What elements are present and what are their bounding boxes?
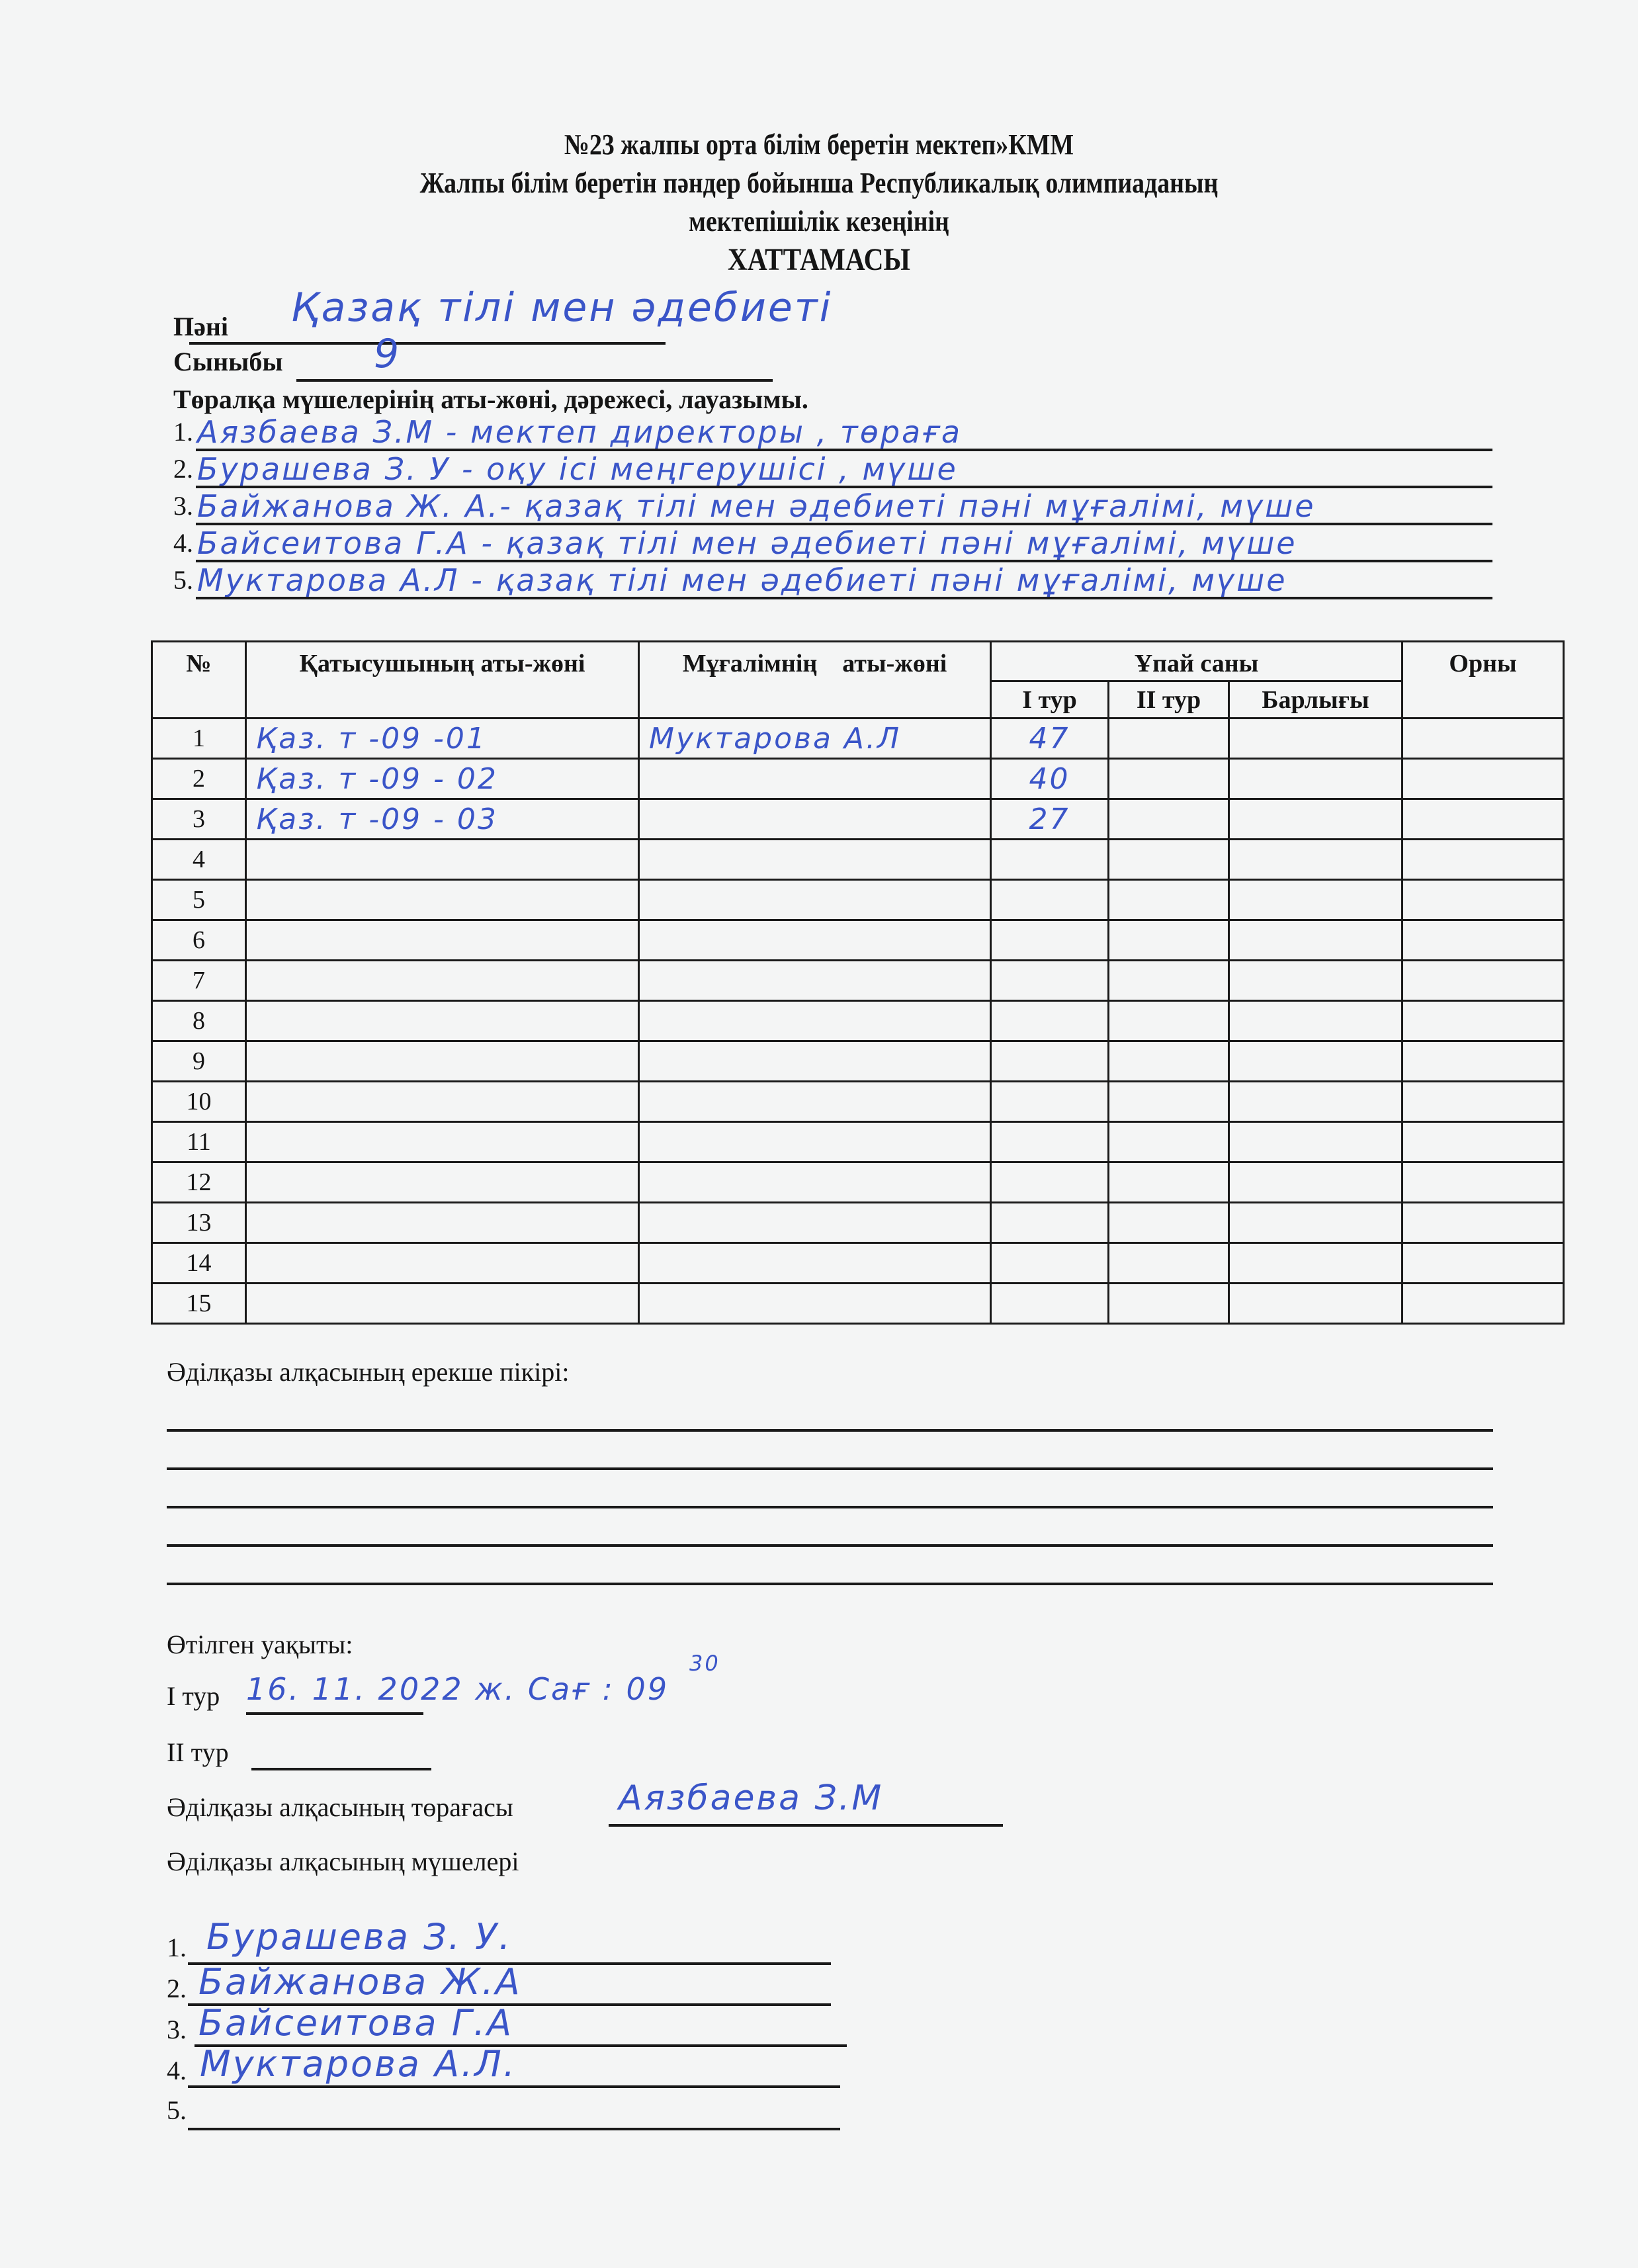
participant-cell[interactable] bbox=[246, 880, 639, 920]
jury-member-value[interactable]: Байсеитова Г.А bbox=[198, 2002, 513, 2044]
table-row: 13 bbox=[152, 1203, 1564, 1243]
total-score-cell[interactable] bbox=[1229, 1284, 1402, 1324]
header-place: Орны bbox=[1402, 642, 1564, 719]
table-row: 2Қаз. т -09 - 0240 bbox=[152, 759, 1564, 799]
committee-member-row: 2. Бурашева З. У - оқу ісі меңгерушісі ,… bbox=[173, 451, 1496, 488]
row-number: 9 bbox=[152, 1041, 246, 1082]
table-row: 5 bbox=[152, 880, 1564, 920]
round2-score-cell[interactable] bbox=[1109, 920, 1229, 961]
participant-cell[interactable] bbox=[246, 1284, 639, 1324]
committee-member-row: 4. Байсеитова Г.А - қазақ тілі мен әдеби… bbox=[173, 525, 1496, 562]
grade-value[interactable]: 9 bbox=[374, 331, 401, 377]
row-number: 4 bbox=[152, 840, 246, 880]
total-score-cell[interactable] bbox=[1229, 840, 1402, 880]
jury-member-value[interactable]: Муктарова А.Л. bbox=[200, 2043, 517, 2085]
table-row: 15 bbox=[152, 1284, 1564, 1324]
participant-cell[interactable] bbox=[246, 1122, 639, 1162]
total-score-cell[interactable] bbox=[1229, 759, 1402, 799]
total-score-cell[interactable] bbox=[1229, 920, 1402, 961]
round2-score-cell[interactable] bbox=[1109, 759, 1229, 799]
timing-label: Өтілген уақыты: bbox=[167, 1629, 353, 1660]
committee-member-value[interactable]: Аязбаева З.М - мектеп директоры , төраға bbox=[197, 414, 962, 450]
round1-score-cell[interactable]: 40 bbox=[991, 759, 1109, 799]
jury-member-number: 4. bbox=[167, 2055, 187, 2086]
total-score-cell[interactable] bbox=[1229, 1001, 1402, 1041]
committee-member-row: 1. Аязбаева З.М - мектеп директоры , төр… bbox=[173, 414, 1496, 451]
table-row: 9 bbox=[152, 1041, 1564, 1082]
place-cell[interactable] bbox=[1402, 961, 1564, 1001]
jury-member-underline bbox=[188, 2085, 840, 2088]
round1-score-cell[interactable]: 27 bbox=[991, 799, 1109, 840]
row-number: 10 bbox=[152, 1082, 246, 1122]
table-row: 14 bbox=[152, 1243, 1564, 1284]
header-participant: Қатысушының аты-жөні bbox=[246, 642, 639, 719]
round1-value[interactable]: 16. 11. 2022 ж. Сағ : 09 bbox=[246, 1671, 669, 1707]
opinion-line-2[interactable] bbox=[167, 1467, 1493, 1470]
place-cell[interactable] bbox=[1402, 759, 1564, 799]
round2-score-cell[interactable] bbox=[1109, 1243, 1229, 1284]
grade-label: Сыныбы bbox=[173, 346, 283, 377]
teacher-cell[interactable] bbox=[639, 799, 991, 840]
row-number: 14 bbox=[152, 1243, 246, 1284]
committee-heading: Төралқа мүшелерінің аты-жөні, дәрежесі, … bbox=[173, 384, 808, 415]
row-number: 3 bbox=[152, 799, 246, 840]
document-header: №23 жалпы орта білім беретін мектеп»КММ … bbox=[114, 126, 1523, 279]
total-score-cell[interactable] bbox=[1229, 1243, 1402, 1284]
teacher-cell[interactable] bbox=[639, 880, 991, 920]
teacher-cell[interactable] bbox=[639, 1122, 991, 1162]
total-score-cell[interactable] bbox=[1229, 880, 1402, 920]
place-cell[interactable] bbox=[1402, 1122, 1564, 1162]
participant-cell[interactable] bbox=[246, 1082, 639, 1122]
total-score-cell[interactable] bbox=[1229, 1122, 1402, 1162]
place-cell[interactable] bbox=[1402, 1082, 1564, 1122]
header-num: № bbox=[152, 642, 246, 719]
school-name: №23 жалпы орта білім беретін мектеп»КММ bbox=[114, 126, 1523, 164]
round2-score-cell[interactable] bbox=[1109, 1082, 1229, 1122]
olympiad-title: Жалпы білім беретін пәндер бойынша Респу… bbox=[114, 164, 1523, 202]
jury-member-number: 2. bbox=[167, 1973, 187, 2004]
jury-chair-label: Әділқазы алқасының төрағасы bbox=[167, 1792, 513, 1823]
row-number: 15 bbox=[152, 1284, 246, 1324]
committee-number: 5. bbox=[173, 564, 193, 595]
round2-underline[interactable] bbox=[251, 1768, 431, 1770]
row-number: 5 bbox=[152, 880, 246, 920]
subject-value[interactable]: Қазақ тілі мен әдебиеті bbox=[291, 284, 832, 331]
committee-number: 1. bbox=[173, 416, 193, 447]
total-score-cell[interactable] bbox=[1229, 1082, 1402, 1122]
results-table: № Қатысушының аты-жөні Мұғалімнің аты-жө… bbox=[151, 640, 1565, 1325]
protocol-title: ХАТТАМАСЫ bbox=[114, 241, 1523, 279]
header-points: Ұпай саны bbox=[991, 642, 1402, 681]
round1-score-cell[interactable] bbox=[991, 1122, 1109, 1162]
teacher-cell[interactable] bbox=[639, 1001, 991, 1041]
jury-member-underline bbox=[188, 2128, 840, 2130]
round1-score-cell[interactable]: 47 bbox=[991, 719, 1109, 759]
row-number: 2 bbox=[152, 759, 246, 799]
committee-underline bbox=[196, 597, 1492, 599]
row-number: 12 bbox=[152, 1162, 246, 1203]
committee-number: 4. bbox=[173, 527, 193, 558]
place-cell[interactable] bbox=[1402, 1203, 1564, 1243]
total-score-cell[interactable] bbox=[1229, 799, 1402, 840]
participant-cell[interactable]: Қаз. т -09 - 03 bbox=[246, 799, 639, 840]
place-cell[interactable] bbox=[1402, 1041, 1564, 1082]
round2-score-cell[interactable] bbox=[1109, 880, 1229, 920]
opinion-line-1[interactable] bbox=[167, 1429, 1493, 1432]
round2-label: II тур bbox=[167, 1737, 229, 1768]
round2-score-cell[interactable] bbox=[1109, 799, 1229, 840]
place-cell[interactable] bbox=[1402, 1001, 1564, 1041]
round1-score-cell[interactable] bbox=[991, 1041, 1109, 1082]
participant-cell[interactable]: Қаз. т -09 -01 bbox=[246, 719, 639, 759]
row-number: 13 bbox=[152, 1203, 246, 1243]
row-number: 11 bbox=[152, 1122, 246, 1162]
row-number: 8 bbox=[152, 1001, 246, 1041]
teacher-cell[interactable] bbox=[639, 1041, 991, 1082]
round1-score-cell[interactable] bbox=[991, 1001, 1109, 1041]
total-score-cell[interactable] bbox=[1229, 961, 1402, 1001]
opinion-line-5[interactable] bbox=[167, 1583, 1493, 1585]
table-row: 4 bbox=[152, 840, 1564, 880]
row-number: 7 bbox=[152, 961, 246, 1001]
round1-score-cell[interactable] bbox=[991, 1243, 1109, 1284]
round2-score-cell[interactable] bbox=[1109, 1001, 1229, 1041]
committee-member-row: 5. Муктарова А.Л - қазақ тілі мен әдебие… bbox=[173, 562, 1496, 599]
round2-score-cell[interactable] bbox=[1109, 1162, 1229, 1203]
round2-score-cell[interactable] bbox=[1109, 719, 1229, 759]
committee-member-row: 3. Байжанова Ж. А.- қазақ тілі мен әдеби… bbox=[173, 488, 1496, 525]
teacher-cell[interactable] bbox=[639, 759, 991, 799]
place-cell[interactable] bbox=[1402, 920, 1564, 961]
row-number: 6 bbox=[152, 920, 246, 961]
committee-member-value[interactable]: Байжанова Ж. А.- қазақ тілі мен әдебиеті… bbox=[197, 488, 1316, 524]
table-row: 12 bbox=[152, 1162, 1564, 1203]
table-row: 11 bbox=[152, 1122, 1564, 1162]
place-cell[interactable] bbox=[1402, 840, 1564, 880]
jury-member-value[interactable]: Байжанова Ж.А bbox=[198, 1961, 522, 2003]
jury-members-label: Әділқазы алқасының мүшелері bbox=[167, 1846, 519, 1877]
round2-score-cell[interactable] bbox=[1109, 961, 1229, 1001]
table-row: 1Қаз. т -09 -01Муктарова А.Л47 bbox=[152, 719, 1564, 759]
teacher-cell[interactable] bbox=[639, 1162, 991, 1203]
jury-member-number: 1. bbox=[167, 1932, 187, 1963]
participant-cell[interactable] bbox=[246, 1243, 639, 1284]
total-score-cell[interactable] bbox=[1229, 1041, 1402, 1082]
total-score-cell[interactable] bbox=[1229, 719, 1402, 759]
participant-cell[interactable] bbox=[246, 1001, 639, 1041]
committee-number: 2. bbox=[173, 453, 193, 484]
jury-member-number: 5. bbox=[167, 2095, 187, 2126]
participant-cell[interactable] bbox=[246, 1041, 639, 1082]
place-cell[interactable] bbox=[1402, 1162, 1564, 1203]
round1-underline bbox=[246, 1712, 423, 1715]
round2-score-cell[interactable] bbox=[1109, 840, 1229, 880]
round2-score-cell[interactable] bbox=[1109, 1041, 1229, 1082]
teacher-cell[interactable] bbox=[639, 840, 991, 880]
opinion-label: Әділқазы алқасының ерекше пікірі: bbox=[167, 1356, 570, 1387]
subject-label: Пәні bbox=[173, 311, 228, 342]
table-row: 10 bbox=[152, 1082, 1564, 1122]
table-row: 6 bbox=[152, 920, 1564, 961]
teacher-cell[interactable] bbox=[639, 961, 991, 1001]
place-cell[interactable] bbox=[1402, 719, 1564, 759]
teacher-cell[interactable] bbox=[639, 1082, 991, 1122]
jury-chair-underline bbox=[609, 1824, 1003, 1827]
place-cell[interactable] bbox=[1402, 1284, 1564, 1324]
participant-cell[interactable] bbox=[246, 961, 639, 1001]
header-total: Барлығы bbox=[1229, 681, 1402, 719]
committee-member-value[interactable]: Бурашева З. У - оқу ісі меңгерушісі , мү… bbox=[197, 451, 958, 487]
place-cell[interactable] bbox=[1402, 880, 1564, 920]
teacher-cell[interactable] bbox=[639, 1284, 991, 1324]
round2-score-cell[interactable] bbox=[1109, 1284, 1229, 1324]
total-score-cell[interactable] bbox=[1229, 1162, 1402, 1203]
stage-title: мектепішілік кезеңінің bbox=[114, 202, 1523, 241]
teacher-cell[interactable]: Муктарова А.Л bbox=[639, 719, 991, 759]
round1-score-cell[interactable] bbox=[991, 920, 1109, 961]
committee-number: 3. bbox=[173, 490, 193, 521]
jury-member-value[interactable]: Бурашева З. У. bbox=[206, 1916, 512, 1958]
round2-score-cell[interactable] bbox=[1109, 1122, 1229, 1162]
round1-label: I тур bbox=[167, 1680, 220, 1712]
teacher-cell[interactable] bbox=[639, 1203, 991, 1243]
participant-cell[interactable] bbox=[246, 840, 639, 880]
teacher-cell[interactable] bbox=[639, 920, 991, 961]
round2-score-cell[interactable] bbox=[1109, 1203, 1229, 1243]
participant-cell[interactable] bbox=[246, 1162, 639, 1203]
committee-member-value[interactable]: Байсеитова Г.А - қазақ тілі мен әдебиеті… bbox=[197, 525, 1297, 561]
subject-underline bbox=[189, 342, 666, 345]
round1-score-cell[interactable] bbox=[991, 840, 1109, 880]
committee-member-value[interactable]: Муктарова А.Л - қазақ тілі мен әдебиеті … bbox=[197, 562, 1287, 598]
round1-score-cell[interactable] bbox=[991, 1284, 1109, 1324]
table-row: 7 bbox=[152, 961, 1564, 1001]
row-number: 1 bbox=[152, 719, 246, 759]
header-round1: I тур bbox=[991, 681, 1109, 719]
grade-underline bbox=[296, 379, 773, 382]
header-teacher: Мұғалімнің аты-жөні bbox=[639, 642, 991, 719]
round1-minutes-superscript: 30 bbox=[689, 1651, 720, 1676]
jury-chair-value[interactable]: Аязбаева З.М bbox=[619, 1778, 883, 1818]
opinion-line-4[interactable] bbox=[167, 1544, 1493, 1547]
place-cell[interactable] bbox=[1402, 1243, 1564, 1284]
total-score-cell[interactable] bbox=[1229, 1203, 1402, 1243]
participant-cell[interactable] bbox=[246, 920, 639, 961]
round1-score-cell[interactable] bbox=[991, 961, 1109, 1001]
header-round2: II тур bbox=[1109, 681, 1229, 719]
opinion-line-3[interactable] bbox=[167, 1506, 1493, 1508]
round1-score-cell[interactable] bbox=[991, 1203, 1109, 1243]
participant-cell[interactable] bbox=[246, 1203, 639, 1243]
place-cell[interactable] bbox=[1402, 799, 1564, 840]
round1-score-cell[interactable] bbox=[991, 1082, 1109, 1122]
participant-cell[interactable]: Қаз. т -09 - 02 bbox=[246, 759, 639, 799]
round1-score-cell[interactable] bbox=[991, 1162, 1109, 1203]
teacher-cell[interactable] bbox=[639, 1243, 991, 1284]
table-row: 3Қаз. т -09 - 0327 bbox=[152, 799, 1564, 840]
jury-member-number: 3. bbox=[167, 2014, 187, 2045]
table-row: 8 bbox=[152, 1001, 1564, 1041]
round1-score-cell[interactable] bbox=[991, 880, 1109, 920]
